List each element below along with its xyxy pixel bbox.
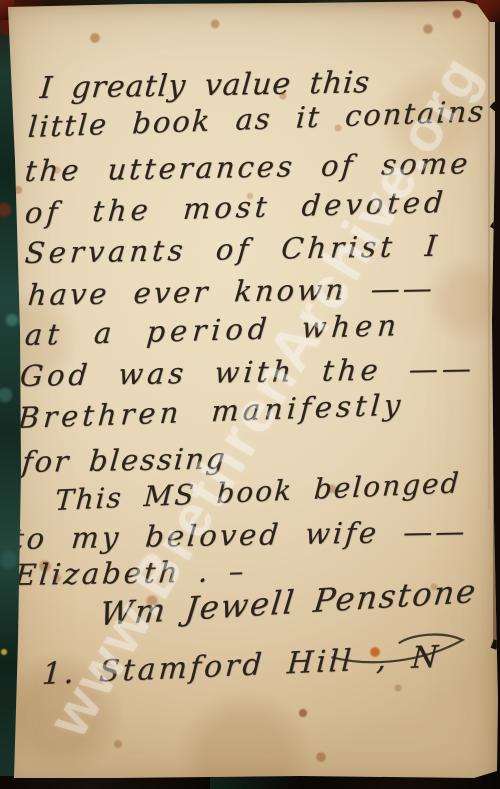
manuscript-line: I greatly value this — [39, 68, 372, 104]
manuscript-line: Elizabeth . – — [14, 557, 248, 590]
manuscript-line: to my beloved wife —— — [11, 517, 469, 554]
page-edge-nick — [491, 639, 500, 650]
manuscript-line: Brethren manifestly — [17, 390, 405, 433]
manuscript-line: at a period when — [24, 311, 402, 350]
page-edge-nick — [490, 102, 500, 112]
page-edge-nick — [490, 222, 499, 231]
page-crease — [488, 10, 490, 510]
manuscript-page: I greatly value this little book as it c… — [0, 0, 500, 789]
photo-backdrop: I greatly value this little book as it c… — [0, 0, 500, 789]
address-line: 1. Stamford Hill , N — [41, 643, 442, 691]
manuscript-line: of the most devoted — [24, 188, 448, 228]
manuscript-line: have ever known —— — [27, 274, 436, 310]
manuscript-line: Servants of Christ I — [24, 232, 442, 268]
manuscript-line: God was with the —— — [19, 354, 476, 391]
manuscript-line: the utterances of some — [24, 149, 472, 186]
manuscript-line: for blessing — [21, 444, 228, 477]
torn-page-stub — [493, 440, 498, 640]
